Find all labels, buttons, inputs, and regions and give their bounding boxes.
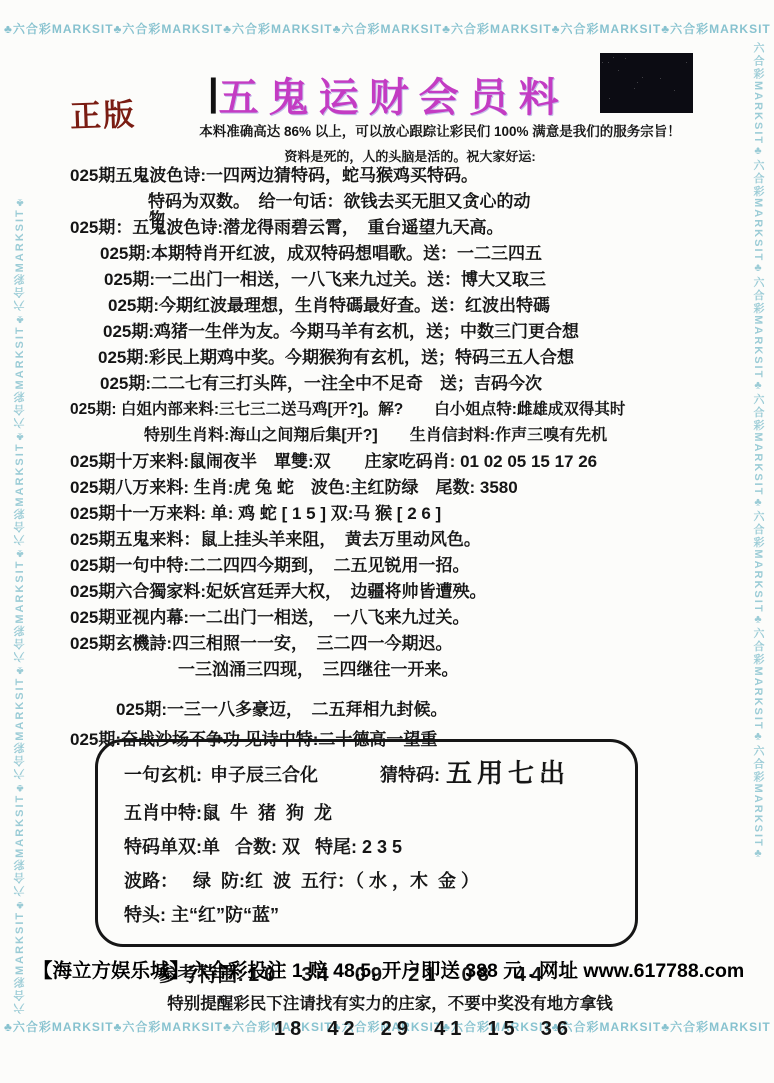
body-line: 025期六合獨家料:妃妖宫廷弄大权， 边疆将帅皆遭殃。 bbox=[70, 579, 722, 605]
body-line: 特别生肖料:海山之间翔后集[开?] 生肖信封料:作声三嗅有先机 bbox=[144, 423, 722, 449]
body-line: 025期亚视内幕:一二出门一相送， 一八飞来九过关。 bbox=[70, 605, 722, 631]
body-line: 025期玄機詩:四三相照一一安， 三二四一今期迟。 bbox=[70, 631, 722, 657]
hint-row: 一句玄机: 申子辰三合化 猜特码: 五用七出 bbox=[124, 752, 621, 789]
body-line: 025期十万来料:鼠闹夜半 單雙:双 庄家吃码肖: 01 02 05 15 17… bbox=[70, 449, 722, 475]
body-line: 025期:一三一八多豪迈， 二五拜相九封候。 bbox=[116, 697, 722, 723]
body-line: 025期:彩民上期鸡中奖。今期猴狗有玄机，送；特码三五人合想 bbox=[98, 345, 722, 371]
reference-numbers-row2: 18 42 29 41 15 36 bbox=[274, 1018, 621, 1041]
casino-ad-line: 【海立方娱乐城】六合彩投注 1 赔 48.5, 开户即送 388 元 . 网址 … bbox=[33, 955, 749, 983]
body-line: 025期:一二出门一相送，一八飞来九过关。送：博大又取三 bbox=[104, 267, 722, 293]
body-line: 025期:本期特肖开红波，成双特码想唱歌。送：一二三四五 bbox=[100, 241, 722, 267]
body-line: 一三汹涌三四现， 三四继往一开来。 bbox=[178, 657, 722, 683]
odd-even-row: 特码单双:单 合数: 双 特尾: 2 3 5 bbox=[124, 833, 621, 859]
hint-label: 一句玄机: bbox=[124, 761, 202, 787]
title-row: |五鬼运财会员料 bbox=[208, 66, 569, 123]
accuracy-subtitle: 本料准确高达 86% 以上，可以放心跟踪让彩民们 100% 满意是我们的服务宗旨… bbox=[130, 120, 750, 140]
guess-code-value: 五用七出 bbox=[446, 753, 570, 790]
prediction-box: 一句玄机: 申子辰三合化 猜特码: 五用七出 五肖中特:鼠 牛 猪 狗 龙 特码… bbox=[95, 739, 638, 947]
special-head-row: 特头: 主“红”防“蓝” bbox=[124, 901, 621, 927]
guess-code-label: 猜特码: bbox=[380, 761, 440, 787]
hint-value: 申子辰三合化 bbox=[210, 761, 318, 787]
body-line: 特码为双数。 给一句话：欲钱去买无胆又贪心的动 bbox=[148, 189, 722, 215]
body-line: 025期五鬼来料：鼠上挂头羊来阻， 黄去万里动风色。 bbox=[70, 527, 722, 553]
overprint-character: 物 bbox=[149, 206, 165, 229]
page-title: 五鬼运财会员料 bbox=[219, 76, 569, 120]
edition-stamp: 正版 bbox=[69, 89, 137, 136]
body-line: 025期:今期红波最理想，生肖特碼最好查。送：红波出特碼 bbox=[108, 293, 722, 319]
body-line: 025期:鸡猪一生伴为友。今期马羊有玄机，送；中数三门更合想 bbox=[103, 319, 722, 345]
five-zodiac-row: 五肖中特:鼠 牛 猪 狗 龙 bbox=[124, 799, 621, 825]
tips-body: 025期五鬼波色诗:一四两边猜特码，蛇马猴鸡买特码。 特码为双数。 给一句话：欲… bbox=[70, 163, 722, 753]
body-line: 025期五鬼波色诗:一四两边猜特码，蛇马猴鸡买特码。 bbox=[70, 163, 722, 189]
body-line: 025期一句中特:二二四四今期到， 二五见锐用一招。 bbox=[70, 553, 722, 579]
body-line: 025期:二二七有三打头阵，一注全中不足奇 送；吉码今次 bbox=[100, 371, 722, 397]
body-line: 025期八万来料: 生肖:虎 兔 蛇 波色:主红防绿 尾数: 3580 bbox=[70, 475, 722, 501]
lottery-tip-sheet: ♣六合彩MARKSIT♣六合彩MARKSIT♣六合彩MARKSIT♣六合彩MAR… bbox=[0, 0, 774, 1083]
watermark-right: 六合彩MARKSIT♣六合彩MARKSIT♣六合彩MARKSIT♣六合彩MARK… bbox=[750, 42, 766, 1014]
warning-line: 特别提醒彩民下注请找有实力的庄家，不要中奖没有地方拿钱 bbox=[80, 990, 700, 1014]
watermark-left: 六合彩MARKSIT♣六合彩MARKSIT♣六合彩MARKSIT♣六合彩MARK… bbox=[12, 42, 28, 1014]
body-line: 025期：五鬼波色诗:潜龙得雨碧云霄， 重台遥望九天高。 bbox=[70, 215, 722, 241]
title-tick-mark: | bbox=[208, 72, 219, 114]
watermark-top: ♣六合彩MARKSIT♣六合彩MARKSIT♣六合彩MARKSIT♣六合彩MAR… bbox=[4, 20, 770, 38]
noise-stamp-image bbox=[600, 53, 693, 113]
wave-path-row: 波路： 绿 防:红 波 五行：（ 水 ，木 金 ） bbox=[124, 867, 621, 893]
body-line: 025期十一万来料: 单: 鸡 蛇 [ 1 5 ] 双:马 猴 [ 2 6 ] bbox=[70, 501, 722, 527]
body-line: 025期: 白姐内部来料:三七三二送马鸡[开?]。解? 白小姐点特:雌雄成双得其… bbox=[70, 397, 722, 423]
